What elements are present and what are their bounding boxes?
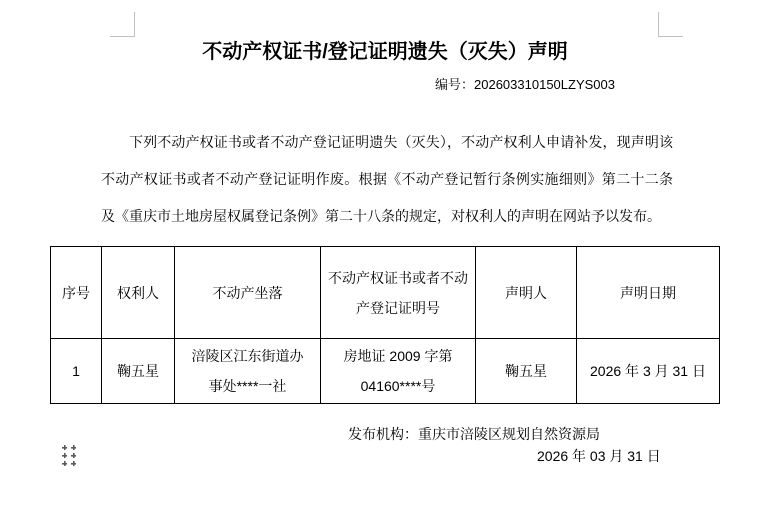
document-page: 不动产权证书/登记证明遗失（灭失）声明 编号：202603310150LZYS0… [0, 0, 770, 506]
column-header-holder: 权利人 [102, 247, 175, 339]
publisher-line: 发布机构：重庆市涪陵区规划自然资源局 [348, 426, 600, 442]
table-row: 1 鞠五星 涪陵区江东街道办 事处****一社 房地证 2009 字第 0416… [51, 339, 720, 404]
page-title: 不动产权证书/登记证明遗失（灭失）声明 [0, 40, 770, 64]
table-header-row: 序号 权利人 不动产坐落 不动产权证书或者不动 产登记证明号 声明人 声明日期 [51, 247, 720, 339]
cell-holder: 鞠五星 [102, 339, 175, 404]
page-corner-crop-mark-icon [658, 12, 683, 37]
document-number-value: 202603310150LZYS003 [474, 77, 615, 92]
page-corner-crop-mark-icon [110, 12, 135, 37]
column-header-cert-no: 不动产权证书或者不动 产登记证明号 [321, 247, 476, 339]
cell-declarant: 鞠五星 [476, 339, 577, 404]
column-header-date: 声明日期 [577, 247, 720, 339]
cell-date: 2026 年 3 月 31 日 [577, 339, 720, 404]
cell-location: 涪陵区江东街道办 事处****一社 [175, 339, 321, 404]
document-number: 编号：202603310150LZYS003 [435, 77, 615, 93]
cell-seq: 1 [51, 339, 102, 404]
document-number-label: 编号： [435, 77, 474, 92]
cell-cert-no: 房地证 2009 字第 04160****号 [321, 339, 476, 404]
drag-handle-dots-icon[interactable] [62, 445, 76, 466]
publish-date: 2026 年 03 月 31 日 [537, 448, 661, 464]
column-header-seq: 序号 [51, 247, 102, 339]
column-header-location: 不动产坐落 [175, 247, 321, 339]
declaration-paragraph: 下列不动产权证书或者不动产登记证明遗失（灭失），不动产权利人申请补发，现声明该不… [101, 124, 673, 235]
declaration-table: 序号 权利人 不动产坐落 不动产权证书或者不动 产登记证明号 声明人 声明日期 … [50, 246, 720, 404]
column-header-declarant: 声明人 [476, 247, 577, 339]
